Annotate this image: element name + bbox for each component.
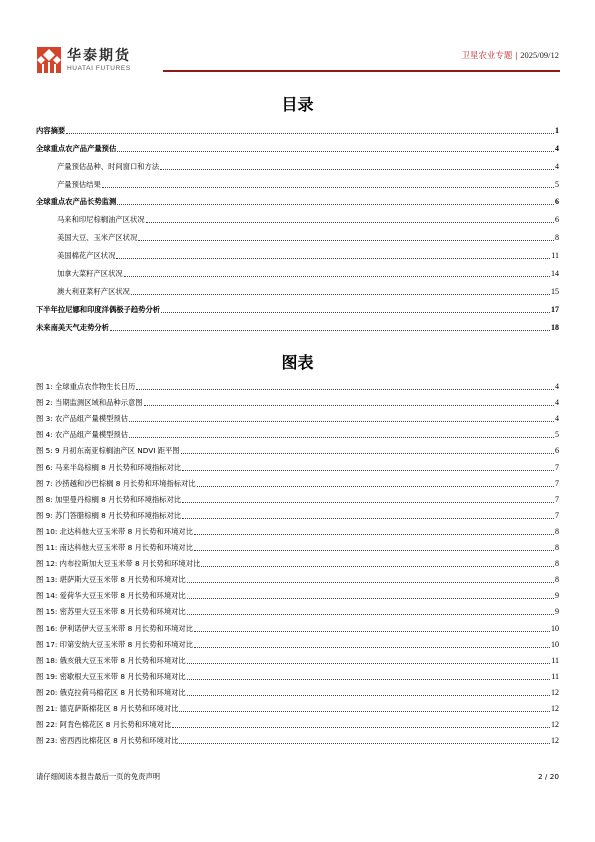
toc-entry-label: 未来南美天气走势分析 (36, 323, 109, 333)
toc-entry-us-soy-corn[interactable]: 美国大豆、玉米产区状况8 (36, 225, 559, 243)
toc-entry-growth-monitoring[interactable]: 全球重点农产品长势监测6 (36, 190, 559, 208)
brand-name-cn: 华泰期货 (67, 48, 131, 64)
figure-entry-page: 10 (551, 624, 559, 634)
figure-entry-page: 7 (555, 495, 559, 505)
figure-entry-label: 图 7: 沙捞越和沙巴棕榈 8 月长势和环境指标对比 (36, 479, 196, 489)
toc-entry-canada-canola[interactable]: 加拿大菜籽产区状况14 (36, 261, 559, 279)
leader-dots (129, 420, 554, 422)
leader-dots (117, 203, 554, 205)
figure-entry-label: 图 10: 北达科他大豆玉米带 8 月长势和环境对比 (36, 527, 193, 537)
figure-entry[interactable]: 图 11: 南达科他大豆玉米带 8 月长势和环境对比8 (36, 537, 559, 553)
toc-entry-palm-oil[interactable]: 马来和印尼棕榈油产区状况6 (36, 207, 559, 225)
figure-entry-label: 图 13: 堪萨斯大豆玉米带 8 月长势和环境对比 (36, 575, 186, 585)
figure-entry-page: 7 (555, 463, 559, 473)
leader-dots (131, 293, 550, 295)
figure-entry[interactable]: 图 9: 苏门答腊棕榈 8 月长势和环境指标对比7 (36, 505, 559, 521)
figure-entry-label: 图 14: 爱荷华大豆玉米带 8 月长势和环境对比 (36, 591, 186, 601)
figure-entry-label: 图 21: 德克萨斯棉花区 8 月长势和环境对比 (36, 704, 178, 714)
list-of-figures: 图 1: 全球重点农作物生长日历4 图 2: 当期监测区域和品种示意图4 图 3… (36, 376, 559, 746)
toc-entry-page: 6 (555, 197, 559, 207)
figure-entry[interactable]: 图 13: 堪萨斯大豆玉米带 8 月长势和环境对比8 (36, 569, 559, 585)
leader-dots (160, 168, 554, 170)
figure-entry[interactable]: 图 18: 俄亥俄大豆玉米带 8 月长势和环境对比11 (36, 650, 559, 666)
figure-entry-label: 图 23: 密西西比棉花区 8 月长势和环境对比 (36, 736, 178, 746)
toc-entry-page: 18 (551, 323, 559, 333)
figure-entry[interactable]: 图 5: 9 月初东南亚棕榈油产区 NDVI 距平图6 (36, 440, 559, 456)
toc-entry-page: 15 (551, 287, 559, 297)
figure-entry[interactable]: 图 15: 密苏里大豆玉米带 8 月长势和环境对比9 (36, 601, 559, 617)
toc-entry-label: 下半年拉尼娜和印度洋偶极子趋势分析 (36, 305, 160, 315)
figure-entry-page: 8 (555, 559, 559, 569)
figure-entry-page: 6 (555, 446, 559, 456)
table-of-contents: 内容摘要1 全球重点农产品产量预估4 产量预估品种、时间窗口和方法4 产量预估结… (36, 118, 559, 333)
toc-entry-australia-canola[interactable]: 澳大利亚菜籽产区状况15 (36, 279, 559, 297)
toc-entry-page: 4 (555, 162, 559, 172)
toc-entry-label: 全球重点农产品产量预估 (36, 144, 116, 154)
leader-dots (187, 694, 550, 696)
toc-entry-label: 澳大利亚菜籽产区状况 (57, 287, 130, 297)
leader-dots (194, 630, 550, 632)
leader-dots (102, 186, 554, 188)
figure-entry-page: 8 (555, 543, 559, 553)
toc-entry-page: 4 (555, 144, 559, 154)
figure-entry-page: 9 (555, 591, 559, 601)
toc-entry-page: 11 (551, 251, 559, 261)
toc-entry-label: 美国棉花产区状况 (57, 251, 115, 261)
figure-entry-label: 图 2: 当期监测区域和品种示意图 (36, 398, 143, 408)
figure-entry-label: 图 1: 全球重点农作物生长日历 (36, 382, 135, 392)
leader-dots (66, 132, 554, 134)
figure-entry-label: 图 18: 俄亥俄大豆玉米带 8 月长势和环境对比 (36, 656, 186, 666)
figure-entry[interactable]: 图 22: 阿肯色棉花区 8 月长势和环境对比12 (36, 714, 559, 730)
figure-entry[interactable]: 图 23: 密西西比棉花区 8 月长势和环境对比12 (36, 730, 559, 746)
figure-entry-page: 12 (551, 704, 559, 714)
leader-dots (182, 517, 554, 519)
figure-entry-page: 12 (551, 688, 559, 698)
figures-title: 图表 (0, 350, 595, 373)
figure-entry-label: 图 12: 内布拉斯加大豆玉米带 8 月长势和环境对比 (36, 559, 200, 569)
leader-dots (182, 469, 554, 471)
toc-entry-label: 加拿大菜籽产区状况 (57, 269, 123, 279)
leader-dots (179, 710, 550, 712)
figure-entry-page: 12 (551, 720, 559, 730)
leader-dots (138, 239, 554, 241)
figure-entry[interactable]: 图 14: 爱荷华大豆玉米带 8 月长势和环境对比9 (36, 585, 559, 601)
disclaimer-note: 请仔细阅读本报告最后一页的免责声明 (36, 772, 160, 782)
figure-entry-page: 8 (555, 575, 559, 585)
figure-entry-page: 8 (555, 527, 559, 537)
page-indicator: 2 / 20 (538, 772, 559, 782)
toc-entry-label: 美国大豆、玉米产区状况 (57, 233, 137, 243)
figure-entry-page: 12 (551, 736, 559, 746)
figure-entry-page: 11 (551, 672, 559, 682)
toc-entry-label: 产量预估结果 (57, 180, 101, 190)
header-separator: | (515, 50, 517, 60)
toc-entry-south-america-weather[interactable]: 未来南美天气走势分析18 (36, 315, 559, 333)
figure-entry[interactable]: 图 3: 农产品组产量模型预估4 (36, 408, 559, 424)
figure-entry-page: 10 (551, 640, 559, 650)
figure-entry[interactable]: 图 1: 全球重点农作物生长日历4 (36, 376, 559, 392)
figure-entry-label: 图 20: 俄克拉荷马棉花区 8 月长势和环境对比 (36, 688, 186, 698)
leader-dots (187, 662, 551, 664)
figure-entry-label: 图 22: 阿肯色棉花区 8 月长势和环境对比 (36, 720, 171, 730)
figure-entry-page: 4 (555, 414, 559, 424)
toc-entry-page: 14 (551, 269, 559, 279)
header-rule (163, 70, 560, 72)
figure-entry-label: 图 15: 密苏里大豆玉米带 8 月长势和环境对比 (36, 607, 186, 617)
report-header-meta: 卫星农业专题|2025/09/12 (461, 49, 559, 61)
figure-entry-label: 图 5: 9 月初东南亚棕榈油产区 NDVI 距平图 (36, 446, 180, 456)
figure-entry[interactable]: 图 7: 沙捞越和沙巴棕榈 8 月长势和环境指标对比7 (36, 473, 559, 489)
brand-name-en: HUATAI FUTURES (67, 64, 131, 73)
leader-dots (124, 275, 550, 277)
toc-entry-page: 5 (555, 180, 559, 190)
toc-entry-label: 内容摘要 (36, 126, 65, 136)
leader-dots (197, 485, 554, 487)
toc-entry-label: 产量预估品种、时间窗口和方法 (57, 162, 159, 172)
leader-dots (110, 329, 550, 331)
leader-dots (187, 678, 551, 680)
toc-entry-yield-estimate[interactable]: 全球重点农产品产量预估4 (36, 136, 559, 154)
figure-entry-label: 图 9: 苏门答腊棕榈 8 月长势和环境指标对比 (36, 511, 181, 521)
figure-entry-label: 图 3: 农产品组产量模型预估 (36, 414, 128, 424)
huatai-logo-icon (37, 47, 61, 73)
figure-entry[interactable]: 图 19: 密歇根大豆玉米带 8 月长势和环境对比11 (36, 666, 559, 682)
leader-dots (194, 533, 554, 535)
figure-entry[interactable]: 图 20: 俄克拉荷马棉花区 8 月长势和环境对比12 (36, 682, 559, 698)
figure-entry-label: 图 6: 马来半岛棕榈 8 月长势和环境指标对比 (36, 463, 181, 473)
leader-dots (144, 404, 554, 406)
leader-dots (161, 311, 550, 313)
figure-entry[interactable]: 图 2: 当期监测区域和品种示意图4 (36, 392, 559, 408)
figure-entry-page: 4 (555, 382, 559, 392)
toc-entry-label: 马来和印尼棕榈油产区状况 (57, 215, 145, 225)
figure-entry-label: 图 4: 农产品组产量模型预估 (36, 430, 128, 440)
huatai-logo: 华泰期货 HUATAI FUTURES (37, 47, 131, 73)
leader-dots (194, 646, 550, 648)
toc-title: 目录 (0, 92, 595, 115)
toc-entry-la-nina-iod[interactable]: 下半年拉尼娜和印度洋偶极子趋势分析17 (36, 297, 559, 315)
figure-entry-page: 7 (555, 479, 559, 489)
figure-entry[interactable]: 图 6: 马来半岛棕榈 8 月长势和环境指标对比7 (36, 456, 559, 472)
toc-entry-estimate-method[interactable]: 产量预估品种、时间窗口和方法4 (36, 154, 559, 172)
toc-entry-page: 17 (551, 305, 559, 315)
toc-entry-page: 6 (555, 215, 559, 225)
figure-entry-label: 图 16: 伊利诺伊大豆玉米带 8 月长势和环境对比 (36, 624, 193, 634)
leader-dots (129, 436, 554, 438)
figure-entry-page: 4 (555, 398, 559, 408)
report-date: 2025/09/12 (520, 50, 559, 60)
figure-entry[interactable]: 图 16: 伊利诺伊大豆玉米带 8 月长势和环境对比10 (36, 617, 559, 633)
leader-dots (187, 581, 554, 583)
toc-entry-summary[interactable]: 内容摘要1 (36, 118, 559, 136)
figure-entry-page: 11 (551, 656, 559, 666)
figure-entry-page: 9 (555, 607, 559, 617)
toc-entry-page: 8 (555, 233, 559, 243)
report-topic: 卫星农业专题 (461, 50, 512, 60)
leader-dots (181, 452, 554, 454)
leader-dots (201, 565, 554, 567)
page-footer: 请仔细阅读本报告最后一页的免责声明 2 / 20 (36, 772, 559, 782)
toc-entry-us-cotton[interactable]: 美国棉花产区状况11 (36, 243, 559, 261)
leader-dots (182, 501, 554, 503)
leader-dots (187, 613, 554, 615)
figure-entry-page: 7 (555, 511, 559, 521)
figure-entry[interactable]: 图 10: 北达科他大豆玉米带 8 月长势和环境对比8 (36, 521, 559, 537)
leader-dots (179, 742, 550, 744)
figure-entry-label: 图 19: 密歇根大豆玉米带 8 月长势和环境对比 (36, 672, 186, 682)
toc-entry-label: 全球重点农产品长势监测 (36, 197, 116, 207)
figure-entry[interactable]: 图 4: 农产品组产量模型预估5 (36, 424, 559, 440)
toc-entry-page: 1 (555, 126, 559, 136)
toc-entry-estimate-results[interactable]: 产量预估结果5 (36, 172, 559, 190)
figure-entry-page: 5 (555, 430, 559, 440)
leader-dots (136, 388, 554, 390)
figure-entry[interactable]: 图 8: 加里曼丹棕榈 8 月长势和环境指标对比7 (36, 489, 559, 505)
figure-entry[interactable]: 图 21: 德克萨斯棉花区 8 月长势和环境对比12 (36, 698, 559, 714)
figure-entry-label: 图 17: 印第安纳大豆玉米带 8 月长势和环境对比 (36, 640, 193, 650)
leader-dots (146, 221, 554, 223)
leader-dots (194, 549, 554, 551)
leader-dots (187, 597, 554, 599)
leader-dots (172, 726, 550, 728)
figure-entry-label: 图 11: 南达科他大豆玉米带 8 月长势和环境对比 (36, 543, 193, 553)
figure-entry[interactable]: 图 17: 印第安纳大豆玉米带 8 月长势和环境对比10 (36, 634, 559, 650)
figure-entry[interactable]: 图 12: 内布拉斯加大豆玉米带 8 月长势和环境对比8 (36, 553, 559, 569)
figure-entry-label: 图 8: 加里曼丹棕榈 8 月长势和环境指标对比 (36, 495, 181, 505)
leader-dots (117, 150, 554, 152)
leader-dots (116, 257, 550, 259)
